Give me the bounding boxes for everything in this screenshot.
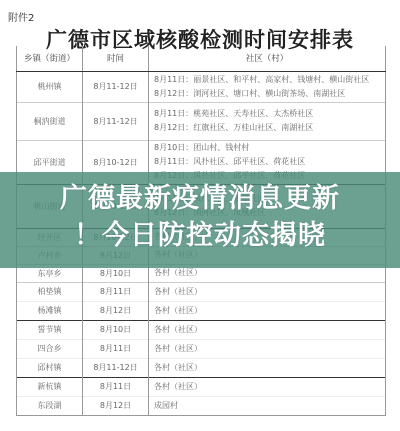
town-cell: 四合乡 (17, 339, 83, 358)
table-row: 桃州镇8月11-12日8月11日：丽景社区、和平村、高家村、钱塘村、横山街社区8… (17, 71, 386, 102)
town-cell: 柏垫镇 (17, 282, 83, 301)
header-town: 乡镇（街道） (17, 46, 83, 71)
time-cell: 8月11-12日 (83, 102, 149, 140)
table-row: 誓节镇8月10日各村（社区） (17, 320, 386, 339)
town-cell: 邱村镇 (17, 358, 83, 377)
time-cell: 8月12日 (83, 396, 149, 415)
community-line: 8月10日：团山村、钱村村 (154, 141, 385, 155)
time-cell: 8月11-12日 (83, 71, 149, 102)
town-cell: 新杭镇 (17, 377, 83, 396)
communities-cell: 成园村 (149, 396, 386, 415)
header-time: 时间 (83, 46, 149, 71)
community-line: 各村（社区） (154, 285, 385, 299)
town-cell: 誓节镇 (17, 320, 83, 339)
communities-cell: 各村（社区） (149, 358, 386, 377)
communities-cell: 各村（社区） (149, 339, 386, 358)
community-line: 各村（社区） (154, 380, 385, 394)
community-line: 8月11日：桃苑社区、天寿社区、太杰桥社区 (154, 107, 385, 121)
time-cell: 8月11-12日 (83, 358, 149, 377)
time-cell: 8月11日 (83, 339, 149, 358)
attachment-label: 附件2 (8, 9, 34, 24)
town-cell: 东段湖 (17, 396, 83, 415)
time-cell: 8月11日 (83, 282, 149, 301)
header-communities: 社区（村） (149, 46, 386, 71)
table-row: 杨滩镇8月12日各村（社区） (17, 301, 386, 320)
community-line: 各村（社区） (154, 304, 385, 318)
town-cell: 桐汭街道 (17, 102, 83, 140)
communities-cell: 各村（社区） (149, 320, 386, 339)
town-cell: 桃州镇 (17, 71, 83, 102)
community-line: 成园村 (154, 399, 385, 413)
community-line: 8月11日：丽景社区、和平村、高家村、钱塘村、横山街社区 (154, 73, 385, 87)
communities-cell: 各村（社区） (149, 377, 386, 396)
table-header-row: 乡镇（街道） 时间 社区（村） (17, 46, 386, 71)
table-row: 新杭镇8月11日各村（社区） (17, 377, 386, 396)
headline-line-2: ！今日防控动态揭晓 (0, 217, 400, 254)
communities-cell: 各村（社区） (149, 282, 386, 301)
communities-cell: 8月11日：桃苑社区、天寿社区、太杰桥社区8月12日：红旗社区、万桂山社区、南湖… (149, 102, 386, 140)
table-row: 邱村镇8月11-12日各村（社区） (17, 358, 386, 377)
time-cell: 8月11日 (83, 377, 149, 396)
community-line: 各村（社区） (154, 342, 385, 356)
table-row: 东段湖8月12日成园村 (17, 396, 386, 415)
table-row: 柏垫镇8月11日各村（社区） (17, 282, 386, 301)
community-line: 各村（社区） (154, 361, 385, 375)
community-line: 8月11日：风扑社区、邱平社区、荷花社区 (154, 155, 385, 169)
community-line: 8月12日：红旗社区、万桂山社区、南湖社区 (154, 121, 385, 135)
communities-cell: 各村（社区） (149, 301, 386, 320)
town-cell: 杨滩镇 (17, 301, 83, 320)
headline-line-1: 广德最新疫情消息更新 (0, 180, 400, 217)
time-cell: 8月10日 (83, 320, 149, 339)
communities-cell: 8月11日：丽景社区、和平村、高家村、钱塘村、横山街社区8月12日：浏河社区、塘… (149, 71, 386, 102)
community-line: 各村（社区） (154, 266, 385, 280)
table-row: 四合乡8月11日各村（社区） (17, 339, 386, 358)
table-row: 桐汭街道8月11-12日8月11日：桃苑社区、天寿社区、太杰桥社区8月12日：红… (17, 102, 386, 140)
headline: 广德最新疫情消息更新 ！今日防控动态揭晓 (0, 180, 400, 254)
community-line: 各村（社区） (154, 323, 385, 337)
time-cell: 8月12日 (83, 301, 149, 320)
community-line: 8月12日：浏河社区、塘口村、横山街茶场、南湖社区 (154, 87, 385, 101)
